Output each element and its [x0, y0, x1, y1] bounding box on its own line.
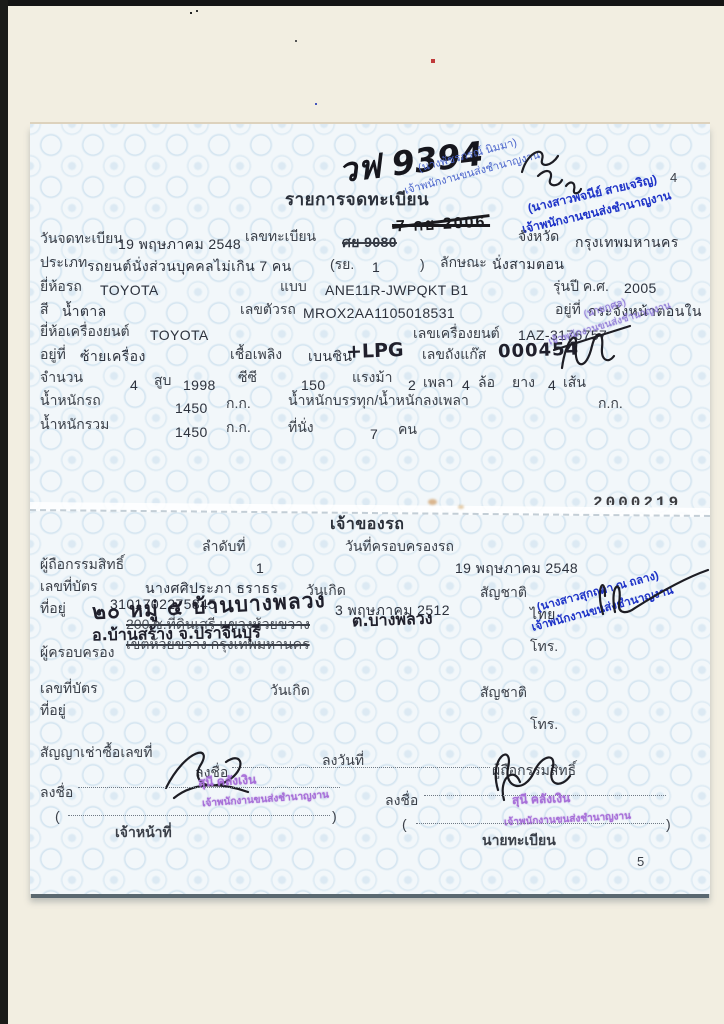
- body-style-label: ลักษณะ: [440, 254, 487, 270]
- type-code-value: 1: [372, 259, 380, 275]
- handwritten-fuel-lpg: +LPG: [346, 339, 404, 363]
- type-code-open: (รย.: [330, 256, 354, 272]
- left-paren-dotted-line: [68, 802, 330, 816]
- vin-label: เลขตัวรถ: [240, 301, 296, 317]
- type-label: ประเภท: [40, 254, 87, 270]
- load-weight-label: น้ำหนักบรรทุก/น้ำหนักลงเพลา: [288, 392, 469, 408]
- axle-value: 2: [408, 377, 416, 393]
- possess-date-label: วันที่ครอบครองรถ: [345, 538, 454, 554]
- curb-weight-value: 1450: [175, 400, 208, 416]
- serial-number-partial: 2000219: [593, 494, 683, 505]
- holder-tel-label: โทร.: [530, 638, 558, 654]
- sign-label-left: ลงชื่อ: [40, 784, 73, 800]
- cancelled-date-stamp: 7 กย 2006: [395, 210, 487, 240]
- model-value: ANE11R-JWPQKT B1: [325, 282, 469, 298]
- scanned-vehicle-registration-document: วฟ 9394 (นางพัชรภรณ์ นิมมา) เจ้าพนักงานข…: [0, 0, 724, 1024]
- wheel-value: 4: [462, 377, 470, 393]
- body-style-value: นั่งสามตอน: [492, 256, 564, 272]
- reg-date-value: 19 พฤษภาคม 2548: [118, 236, 241, 252]
- cylinder-value: 4: [130, 377, 138, 393]
- engine-brand-value: TOYOTA: [150, 327, 209, 343]
- possessor-nat-label: สัญชาติ: [480, 684, 527, 700]
- reg-date-label: วันจดทะเบียน: [40, 230, 123, 246]
- possessor-card-label: เลขที่บัตร: [40, 680, 98, 696]
- scanner-edge-left: [0, 0, 8, 1024]
- gas-tank-label: เลขถังแก๊ส: [422, 346, 486, 362]
- scanner-edge-top: [0, 0, 724, 6]
- type-value: รถยนต์นั่งส่วนบุคคลไม่เกิน 7 คน: [87, 258, 292, 274]
- province-value: กรุงเทพมหานคร: [575, 234, 679, 250]
- tire-unit: เส้น: [563, 374, 586, 390]
- holder-label: ผู้ถือกรรมสิทธิ์: [40, 556, 124, 572]
- dust-specks: [190, 12, 192, 14]
- strike-bar: [392, 224, 490, 227]
- gross-weight-label: น้ำหนักรวม: [40, 416, 109, 432]
- model-label: แบบ: [280, 278, 307, 294]
- seat-label: ที่นั่ง: [288, 419, 314, 435]
- signature-dotted-line: [232, 754, 490, 768]
- curb-weight-label: น้ำหนักรถ: [40, 392, 101, 408]
- tire-value: 4: [548, 377, 556, 393]
- seat-unit: คน: [398, 421, 417, 437]
- owner-signature: [585, 562, 710, 620]
- engine-location-value: ซ้ายเครื่อง: [80, 348, 146, 364]
- hp-unit: แรงม้า: [352, 369, 392, 385]
- hp-value: 150: [301, 377, 326, 393]
- color-value: น้ำตาล: [62, 303, 107, 319]
- page-number-4: 4: [670, 170, 677, 185]
- cylinder-unit: สูบ: [154, 372, 171, 388]
- purple-stamp-left-name: สุนี คลังเงิน: [198, 770, 257, 792]
- engine-location-label: อยู่ที่: [40, 346, 66, 362]
- left-paren-close: ): [332, 808, 337, 824]
- cc-unit: ซีซี: [238, 369, 257, 385]
- curb-weight-unit: ก.ก.: [226, 395, 251, 411]
- left-paren-open: (: [55, 808, 60, 824]
- right-paren-dotted-line: [416, 810, 664, 824]
- sign-label-right: ลงชื่อ: [385, 792, 418, 808]
- sequence-value: 1: [256, 560, 264, 576]
- cylinder-label: จำนวน: [40, 369, 83, 385]
- fuel-label: เชื้อเพลิง: [230, 346, 282, 362]
- possess-date-value: 19 พฤษภาคม 2548: [455, 560, 578, 576]
- gas-approval-signature: [550, 320, 636, 376]
- province-label: จังหวัด: [518, 228, 559, 244]
- registrar-caption: นายทะเบียน: [482, 832, 556, 848]
- vin-value: MROX2AA1105018531: [303, 305, 455, 321]
- old-address-line2-cancelled: เขตห้วยขวาง กรุงเทพมหานคร: [126, 636, 310, 652]
- page-number-5: 5: [637, 854, 644, 869]
- holder-card-label: เลขที่บัตร: [40, 578, 98, 594]
- possessor-birth-label: วันเกิด: [270, 682, 310, 698]
- sequence-label: ลำดับที่: [202, 538, 246, 554]
- type-code-close: ): [420, 256, 425, 272]
- registration-book-pages: วฟ 9394 (นางพัชรภรณ์ นิมมา) เจ้าพนักงานข…: [30, 122, 710, 894]
- holder-addr-label: ที่อยู่: [40, 600, 66, 616]
- rust-stain: [458, 505, 464, 509]
- possessor-tel-label: โทร.: [530, 716, 558, 732]
- holder-nat-label: สัญชาติ: [480, 584, 527, 600]
- possessor-label: ผู้ครอบครอง: [40, 644, 115, 660]
- handwritten-address-subdistrict: ต.บางพลวง: [352, 607, 433, 635]
- plate-label: เลขทะเบียน: [245, 228, 316, 244]
- rust-stain: [428, 499, 437, 505]
- purple-stamp-right-name: สุนี คลังเงิน: [512, 789, 571, 810]
- axle-unit: เพลา: [423, 374, 453, 390]
- old-plate-cancelled: ศย 9080: [342, 234, 397, 250]
- hire-purchase-label: สัญญาเช่าซื้อเลขที่: [40, 744, 153, 760]
- seat-value: 7: [370, 426, 378, 442]
- tire-label: ยาง: [512, 374, 535, 390]
- cc-value: 1998: [183, 377, 216, 393]
- serial-number-text: 2000219: [593, 494, 681, 505]
- right-paren-close: ): [666, 816, 671, 832]
- engine-brand-label: ยี่ห้อเครื่องยนต์: [40, 323, 130, 339]
- engine-no-label: เลขเครื่องยนต์: [413, 325, 500, 341]
- right-paren-open: (: [402, 816, 407, 832]
- gross-weight-unit: ก.ก.: [226, 419, 251, 435]
- officer-caption: เจ้าหน้าที่: [115, 824, 172, 840]
- brand-label: ยี่ห้อรถ: [40, 278, 82, 294]
- page4-title: รายการจดทะเบียน: [285, 190, 429, 210]
- brand-value: TOYOTA: [100, 282, 159, 298]
- gross-weight-value: 1450: [175, 424, 208, 440]
- load-weight-unit: ก.ก.: [598, 395, 623, 411]
- year-label: รุ่นปี ค.ศ.: [553, 278, 609, 294]
- color-label: สี: [40, 301, 49, 317]
- page5-header: เจ้าของรถ: [330, 516, 404, 534]
- wheel-unit: ล้อ: [478, 374, 495, 390]
- possessor-addr-label: ที่อยู่: [40, 702, 66, 718]
